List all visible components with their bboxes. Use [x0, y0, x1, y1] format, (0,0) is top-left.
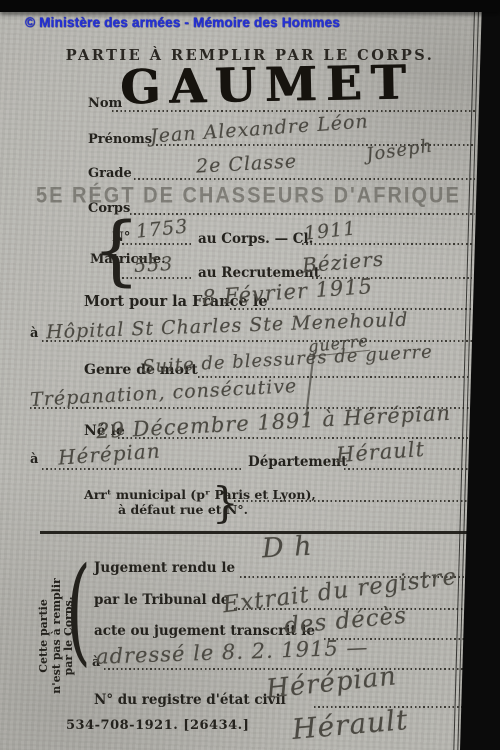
jugement-label: Jugement rendu le — [94, 560, 235, 576]
grade-label: Grade — [88, 166, 132, 181]
lieu-mort-label: à — [30, 326, 38, 341]
transcrit-value: adressé le 8. 2. 1915 — — [96, 635, 369, 668]
recrutement-value: Béziers — [301, 246, 385, 277]
prenoms-label: Prénoms — [88, 132, 152, 147]
genre-mort-value-2: Trépanation, consécutive — [30, 375, 298, 411]
classe-line — [302, 243, 472, 245]
au-corps-label: au Corps. — Cl. — [198, 231, 313, 247]
arr-municipal-brace: } — [212, 482, 239, 524]
form-reference: 534-708-1921. [26434.] — [66, 718, 249, 733]
section-divider — [40, 531, 472, 534]
arr-municipal-dotted-line — [234, 500, 475, 502]
jugement-value: D h — [261, 531, 313, 565]
grade-value: 2e Classe — [195, 150, 297, 177]
matricule-recr-line — [118, 277, 192, 279]
tribunal-label: par le Tribunal de — [94, 592, 229, 608]
matricule-recr-value: 553 — [133, 253, 173, 277]
departement-value: Hérault — [335, 437, 425, 467]
transcrit-dotted-line — [104, 668, 475, 670]
matricule-corps-line — [118, 243, 192, 245]
departement-dotted-line — [344, 468, 475, 470]
corps-dotted-line — [130, 213, 475, 215]
prenoms-value: Jean Alexandre Léon — [149, 110, 369, 147]
genre-mort-value: Suite de blessures de guerre — [142, 341, 434, 377]
nom-value: GAUMET — [120, 55, 415, 115]
prenoms-value-2: Joseph — [365, 135, 434, 165]
lieu-naissance-value: Hérépian — [57, 438, 161, 469]
acte-label: acte ou jugement transcrit le — [94, 623, 315, 639]
scanned-record-card: © Ministère des armées - Mémoire des Hom… — [0, 0, 500, 750]
matricule-corps-value: 1753 — [135, 215, 189, 242]
top-black-bar — [0, 0, 500, 12]
registre-label: N° du registre d'état civil — [94, 692, 286, 708]
grade-dotted-line — [134, 178, 475, 180]
nom-label: Nom — [88, 96, 122, 111]
jugement-brace: ( — [66, 552, 91, 668]
side-note-line-1: Cette partie — [38, 561, 51, 711]
registre-dept-value: Hérault — [291, 703, 410, 746]
classe-value: 1911 — [303, 217, 357, 244]
departement-label: Département — [248, 454, 347, 470]
lieu-naissance-label: à — [30, 452, 38, 467]
watermark-text: © Ministère des armées - Mémoire des Hom… — [25, 15, 340, 30]
